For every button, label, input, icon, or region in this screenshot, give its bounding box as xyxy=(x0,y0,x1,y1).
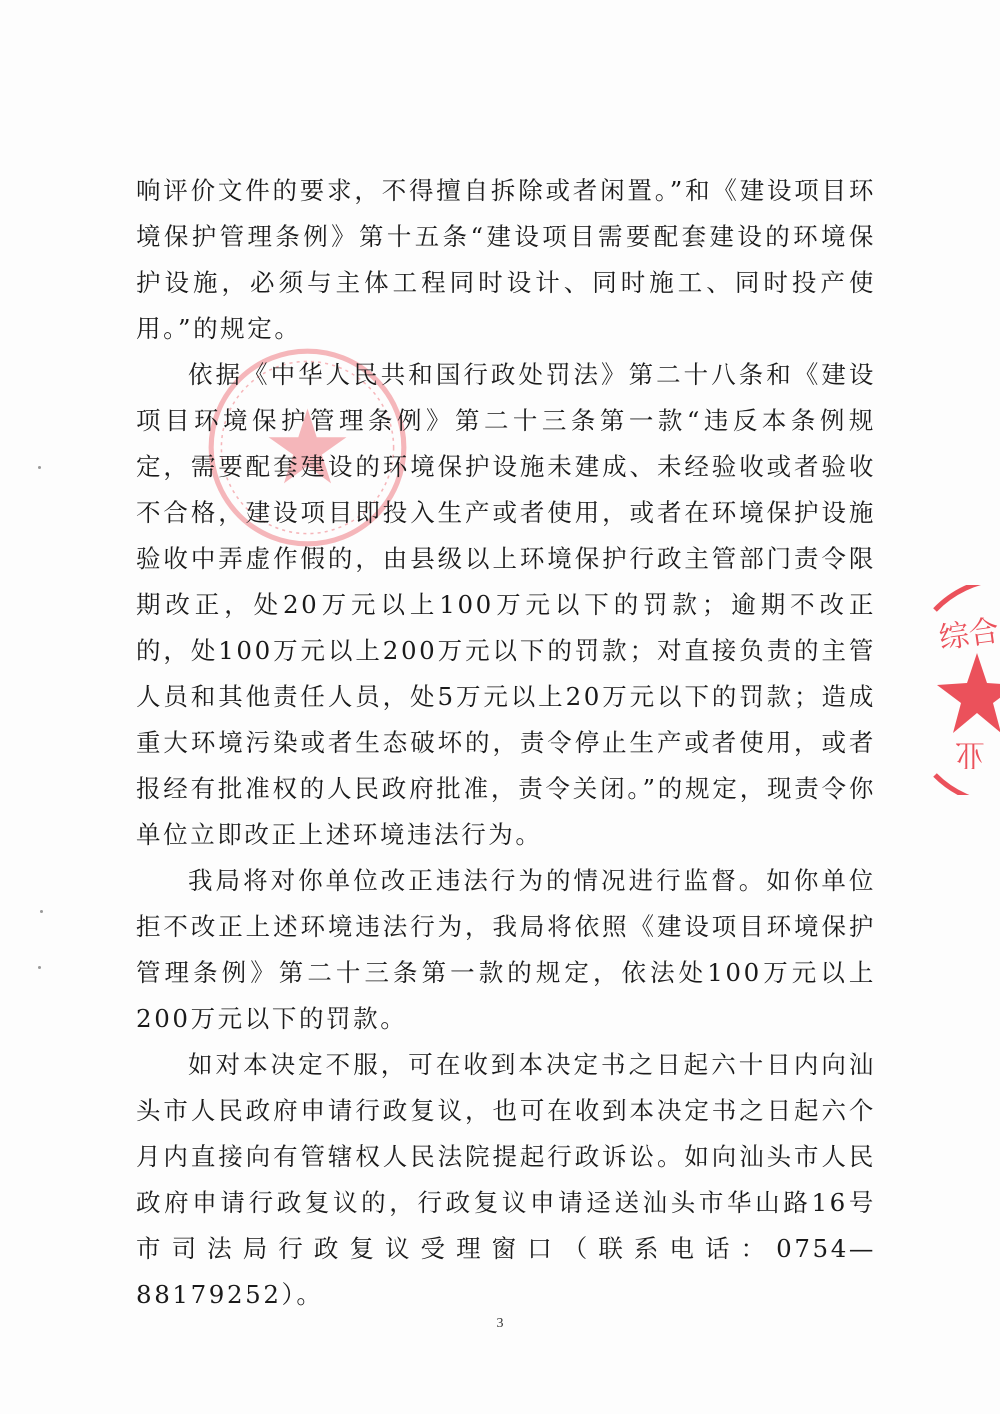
svg-text:综合: 综合 xyxy=(937,613,1000,656)
document-page: 综合 业 响评价文件的要求，不得擅自拆除或者闲置。”和《建设项目环境保护管理条例… xyxy=(0,0,1000,1414)
paragraph-supervision: 我局将对你单位改正违法行为的情况进行监督。如你单位拒不改正上述环境违法行为，我局… xyxy=(136,858,876,1042)
scan-speck xyxy=(40,910,43,913)
official-seal-edge: 综合 业 xyxy=(925,585,1000,795)
scan-speck xyxy=(38,466,41,469)
paragraph-regulation-quote: 响评价文件的要求，不得擅自拆除或者闲置。”和《建设项目环境保护管理条例》第十五条… xyxy=(136,168,876,352)
page-number: 3 xyxy=(0,1316,1000,1332)
svg-text:业: 业 xyxy=(955,736,985,771)
document-body: 响评价文件的要求，不得擅自拆除或者闲置。”和《建设项目环境保护管理条例》第十五条… xyxy=(136,168,876,1318)
paragraph-legal-basis: 依据《中华人民共和国行政处罚法》第二十八条和《建设项目环境保护管理条例》第二十三… xyxy=(136,352,876,858)
scan-speck xyxy=(38,966,41,969)
paragraph-appeal-rights: 如对本决定不服，可在收到本决定书之日起六十日内向汕头市人民政府申请行政复议，也可… xyxy=(136,1042,876,1318)
